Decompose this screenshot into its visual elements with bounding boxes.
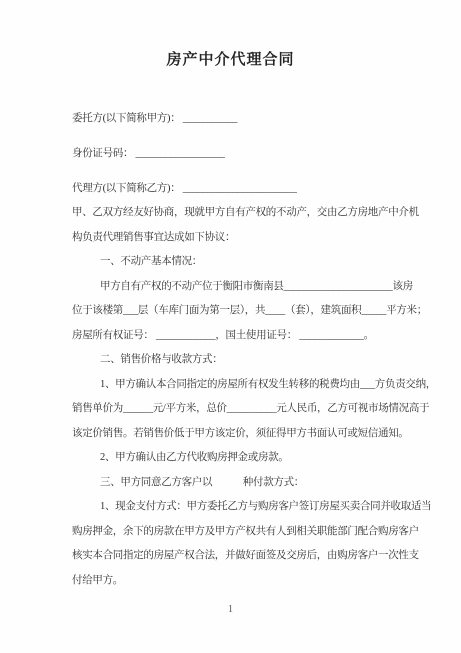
contract-line: 1、甲方确认本合同指定的房屋所有权发生转移的税费均由___方负责交纳， <box>72 376 435 393</box>
contract-line: 一、不动产基本情况： <box>72 253 435 270</box>
contract-line: 甲、乙双方经友好协商，现就甲方自有产权的不动产，交由乙方房地产中介机 <box>72 204 435 221</box>
contract-line: 代理方(以下简称乙方)： _______________________ <box>72 180 435 197</box>
contract-line: 位于该楼第___层（车库门面为第一层），共____（套），建筑面积_____平方… <box>72 302 435 319</box>
contract-line: 付给甲方。 <box>72 572 435 589</box>
contract-line: 身份证号码： __________________ <box>72 145 435 162</box>
contract-line: 甲方自有产权的不动产位于衡阳市衡南县______________________… <box>72 278 435 295</box>
contract-line: 1、现金支付方式：甲方委托乙方与购房客户签订房屋买卖合同并收取适当 <box>72 498 435 515</box>
contract-line: 购房押金，余下的房款在甲方及甲方产权共有人到相关职能部门配合购房客户 <box>72 523 435 540</box>
contract-line: 委托方(以下简称甲方)： ___________ <box>72 110 435 127</box>
contract-line: 销售单价为______元/平方米，总价__________元人民币，乙方可视市场… <box>72 400 435 417</box>
document-title: 房产中介代理合同 <box>0 0 461 70</box>
contract-line: 二、销售价格与收款方式： <box>72 351 435 368</box>
contract-line: 核实本合同指定的房屋产权合法，并做好面签及交房后，由购房客户一次性支 <box>72 547 435 564</box>
contract-line: 房屋所有权证号： ____________，国土使用证号： __________… <box>72 327 435 344</box>
contract-body: 委托方(以下简称甲方)： ___________身份证号码： _________… <box>0 110 461 589</box>
contract-page: 房产中介代理合同 委托方(以下简称甲方)： ___________身份证号码： … <box>0 0 461 653</box>
contract-line: 2、甲方确认由乙方代收购房押金或房款。 <box>72 449 435 466</box>
page-number: 1 <box>0 604 461 615</box>
contract-line: 三、甲方同意乙方客户以 种付款方式： <box>72 474 435 491</box>
contract-line: 该定价销售。若销售价低于甲方该定价，须征得甲方书面认可或短信通知。 <box>72 425 435 442</box>
contract-line: 构负责代理销售事宜达成如下协议： <box>72 229 435 246</box>
